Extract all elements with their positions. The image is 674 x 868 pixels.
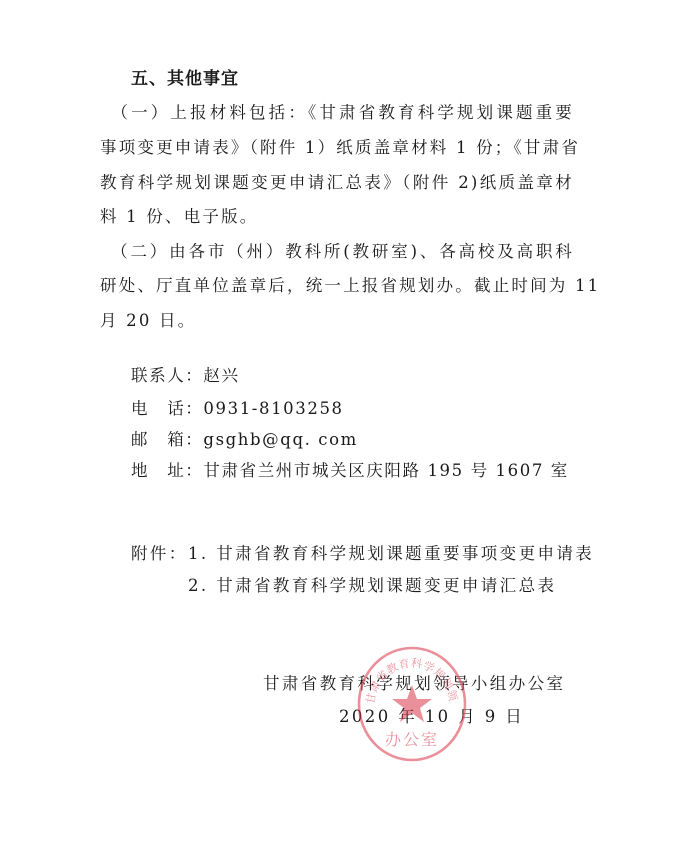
contact-phone-label: 电 话：	[131, 399, 203, 418]
paragraph-2-line-2: 研处、厅直单位盖章后，统一上报省规划办。截止时间为 11	[100, 275, 574, 297]
attachments-label: 附件：	[131, 543, 188, 565]
contact-person-label: 联系人：	[131, 366, 203, 385]
paragraph-1-line-4: 料 1 份、电子版。	[100, 206, 574, 228]
document-page: 五、其他事宜 （一）上报材料包括：《甘肃省教育科学规划课题重要 事项变更申请表》…	[0, 0, 674, 868]
contact-address-value: 甘肃省兰州市城关区庆阳路 195 号 1607 室	[203, 461, 568, 480]
section-heading: 五、其他事宜	[131, 68, 239, 90]
contact-address-label: 地 址：	[131, 461, 203, 480]
official-seal-stamp: 甘肃省教育科学规划领导小组 办公室	[356, 645, 468, 763]
signature-date: 2020 年 10 月 9 日	[339, 706, 524, 728]
attachment-item-1: 1. 甘肃省教育科学规划课题重要事项变更申请表	[188, 543, 594, 565]
paragraph-2-line-3: 月 20 日。	[100, 310, 574, 332]
contact-address: 地 址：甘肃省兰州市城关区庆阳路 195 号 1607 室	[131, 460, 569, 482]
signature-organization: 甘肃省教育科学规划领导小组办公室	[263, 673, 565, 695]
paragraph-1-line-3: 教育科学规划课题变更申请汇总表》（附件 2)纸质盖章材	[100, 172, 574, 194]
contact-phone-value: 0931-8103258	[203, 399, 343, 418]
contact-email: 邮 箱：gsghb@qq. com	[131, 429, 358, 451]
contact-person-value: 赵兴	[203, 366, 239, 385]
contact-email-label: 邮 箱：	[131, 430, 203, 449]
paragraph-2-line-1: （二）由各市（州）教科所(教研室)、各高校及高职科	[100, 241, 574, 263]
paragraph-1-line-2: 事项变更申请表》（附件 1）纸质盖章材料 1 份；《甘肃省	[100, 137, 574, 159]
contact-person: 联系人：赵兴	[131, 365, 240, 387]
contact-email-value: gsghb@qq. com	[203, 430, 358, 449]
stamp-ring	[359, 648, 465, 760]
attachment-item-2: 2. 甘肃省教育科学规划课题变更申请汇总表	[188, 575, 556, 597]
contact-phone: 电 话：0931-8103258	[131, 398, 344, 420]
stamp-center-text: 办公室	[385, 730, 439, 749]
paragraph-1-line-1: （一）上报材料包括：《甘肃省教育科学规划课题重要	[100, 102, 574, 124]
